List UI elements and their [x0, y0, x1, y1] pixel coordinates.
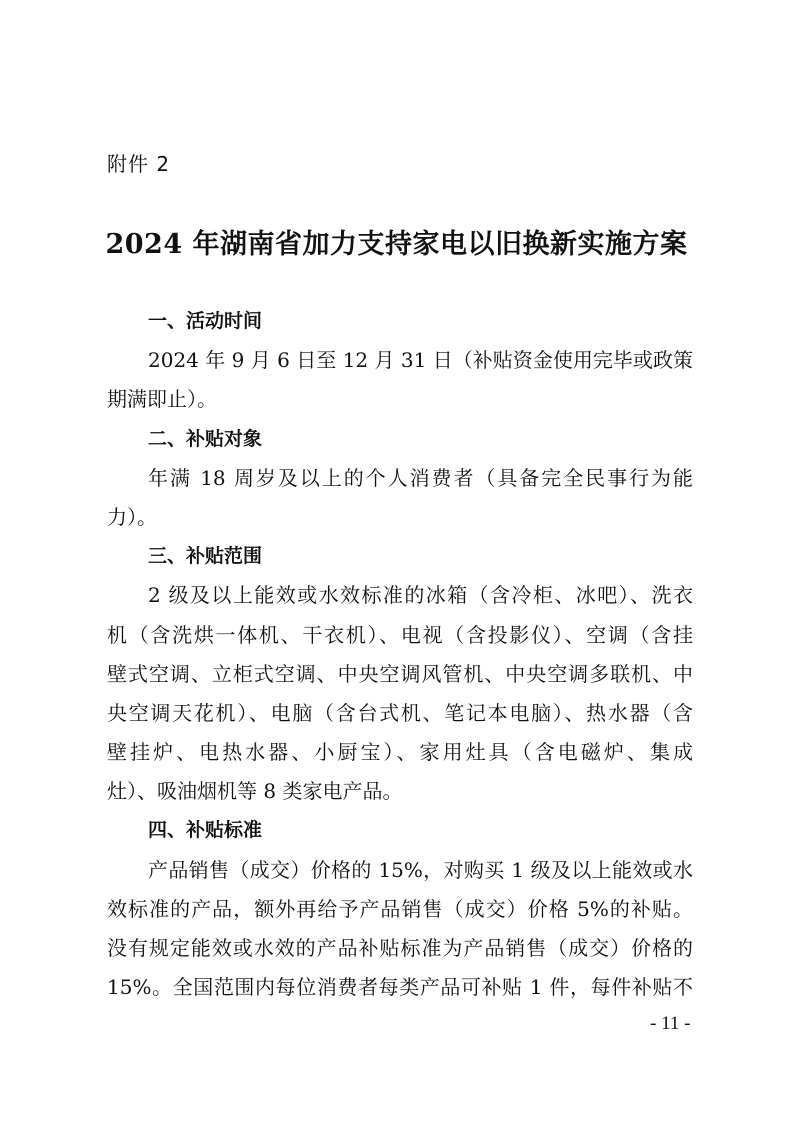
document-body: 一、活动时间 2024 年 9 月 6 日至 12 月 31 日（补贴资金使用完… [107, 302, 693, 1007]
document-title: 2024 年湖南省加力支持家电以旧换新实施方案 [0, 222, 793, 261]
page-number: - 11 - [650, 1013, 690, 1035]
paragraph-line: 产品销售（成交）价格的 15%，对购买 1 级及以上能效或水 [107, 851, 693, 890]
section-heading-activity-time: 一、活动时间 [107, 302, 693, 341]
paragraph-line: 力）。 [107, 498, 693, 537]
paragraph-line: 壁式空调、立柜式空调、中央空调风管机、中央空调多联机、中 [107, 655, 693, 694]
paragraph-line: 2 级及以上能效或水效标准的冰箱（含冷柜、冰吧）、洗衣 [107, 576, 693, 615]
paragraph-line: 15%。全国范围内每位消费者每类产品可补贴 1 件，每件补贴不 [107, 968, 693, 1007]
paragraph-line: 2024 年 9 月 6 日至 12 月 31 日（补贴资金使用完毕或政策 [107, 341, 693, 380]
paragraph-line: 壁挂炉、电热水器、小厨宝）、家用灶具（含电磁炉、集成 [107, 733, 693, 772]
document-page: 附件 2 2024 年湖南省加力支持家电以旧换新实施方案 一、活动时间 2024… [0, 0, 793, 1122]
section-heading-subsidy-standard: 四、补贴标准 [107, 811, 693, 850]
section-heading-subsidy-scope: 三、补贴范围 [107, 537, 693, 576]
paragraph-line: 灶）、吸油烟机等 8 类家电产品。 [107, 772, 693, 811]
attachment-label: 附件 2 [107, 148, 170, 177]
paragraph-line: 期满即止）。 [107, 380, 693, 419]
paragraph-line: 效标准的产品，额外再给予产品销售（成交）价格 5%的补贴。 [107, 890, 693, 929]
paragraph-line: 央空调天花机）、电脑（含台式机、笔记本电脑）、热水器（含 [107, 694, 693, 733]
paragraph-line: 机（含洗烘一体机、干衣机）、电视（含投影仪）、空调（含挂 [107, 616, 693, 655]
section-heading-subsidy-target: 二、补贴对象 [107, 420, 693, 459]
paragraph-line: 年满 18 周岁及以上的个人消费者（具备完全民事行为能 [107, 459, 693, 498]
paragraph-line: 没有规定能效或水效的产品补贴标准为产品销售（成交）价格的 [107, 929, 693, 968]
